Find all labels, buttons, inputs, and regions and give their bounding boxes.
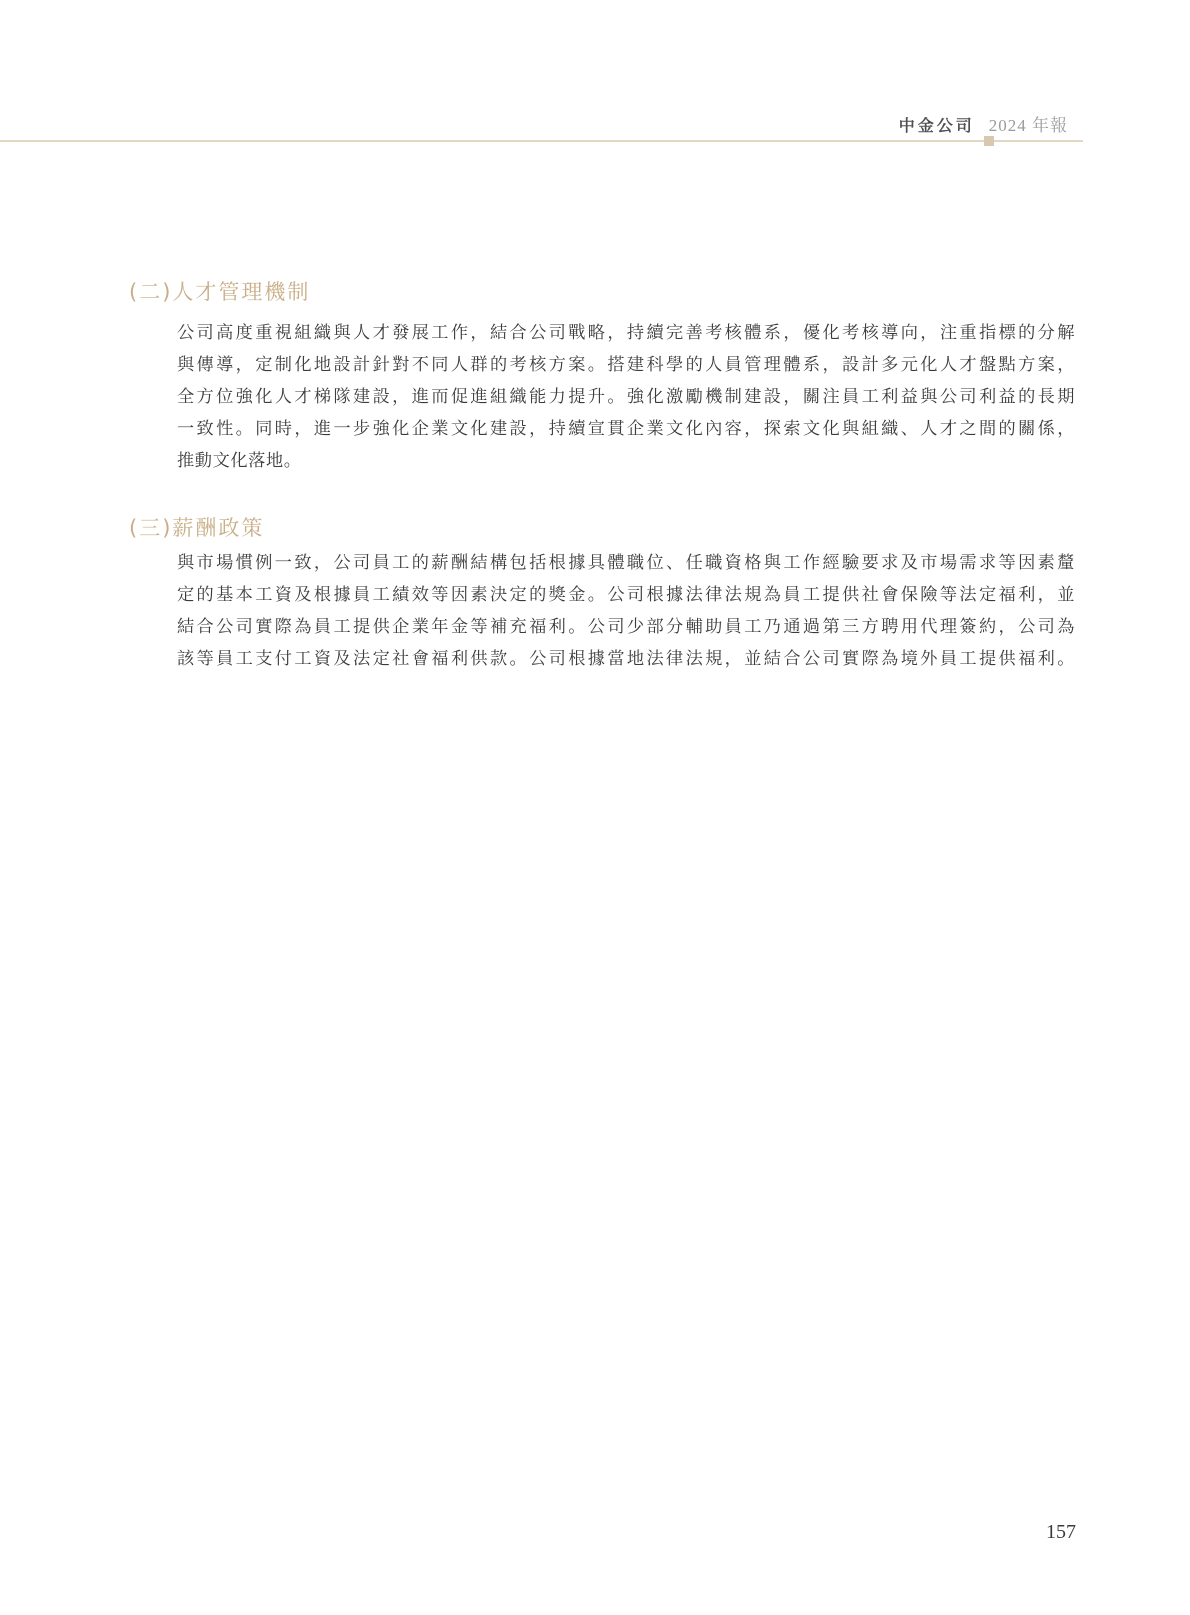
paragraph-line: 結合公司實際為員工提供企業年金等補充福利。公司少部分輔助員工乃通過第三方聘用代理… [177, 611, 1075, 643]
page-number: 157 [1046, 1521, 1076, 1544]
paragraph-line: 全方位強化人才梯隊建設，進而促進組織能力提升。強化激勵機制建設，關注員工利益與公… [177, 381, 1075, 413]
paragraph-line: 定的基本工資及根據員工績效等因素決定的獎金。公司根據法律法規為員工提供社會保險等… [177, 579, 1075, 611]
header-company-name: 中金公司 [899, 113, 975, 136]
paragraph-line: 該等員工支付工資及法定社會福利供款。公司根據當地法律法規，並結合公司實際為境外員… [177, 643, 1075, 675]
section-heading-talent-management: (二)人才管理機制 [129, 279, 310, 305]
paragraph-line: 推動文化落地。 [177, 445, 1075, 477]
running-header: 中金公司 2024 年報 [899, 111, 1068, 135]
paragraph-line: 與市場慣例一致，公司員工的薪酬結構包括根據具體職位、任職資格與工作經驗要求及市場… [177, 547, 1075, 579]
paragraph-line: 一致性。同時，進一步強化企業文化建設，持續宣貫企業文化內容，探索文化與組織、人才… [177, 413, 1075, 445]
paragraph-line: 公司高度重視組織與人才發展工作，結合公司戰略，持續完善考核體系，優化考核導向，注… [177, 317, 1075, 349]
header-report-title: 2024 年報 [989, 111, 1068, 136]
section-body-talent-management: 公司高度重視組織與人才發展工作，結合公司戰略，持續完善考核體系，優化考核導向，注… [177, 317, 1075, 477]
header-marker-square [984, 136, 994, 146]
section-body-remuneration-policy: 與市場慣例一致，公司員工的薪酬結構包括根據具體職位、任職資格與工作經驗要求及市場… [177, 547, 1075, 675]
section-heading-remuneration-policy: (三)薪酬政策 [129, 515, 264, 541]
header-divider [0, 140, 1083, 142]
paragraph-line: 與傳導，定制化地設計針對不同人群的考核方案。搭建科學的人員管理體系，設計多元化人… [177, 349, 1075, 381]
